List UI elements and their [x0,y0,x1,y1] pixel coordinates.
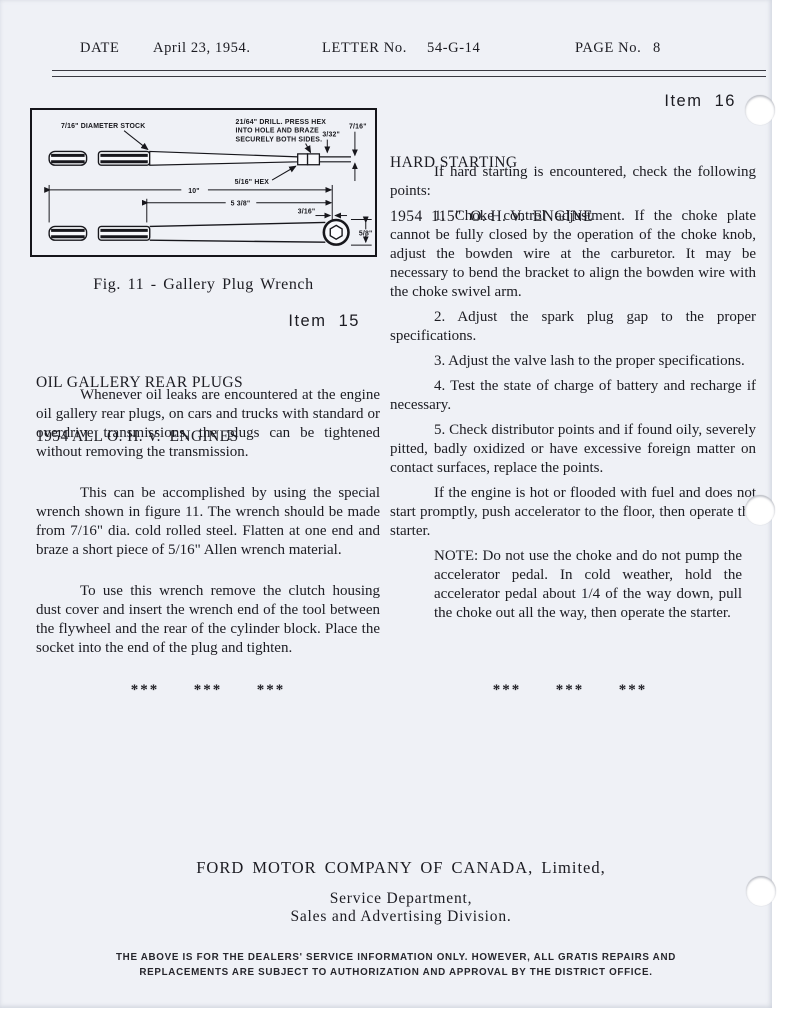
fig-label-drill-1: 21/64" DRILL. PRESS HEX [236,119,327,126]
page-number: 8 [653,40,661,57]
department-line: Service Department, [30,890,772,908]
paragraph: 4. Test the state of charge of battery a… [390,377,756,415]
fig-label-hex: 5/16" HEX [235,179,270,186]
letter-label: LETTER No. [322,40,407,57]
note-paragraph: NOTE: Do not use the choke and do not pu… [434,547,756,623]
paragraph: To use this wrench remove the clutch hou… [36,582,380,658]
fig-dim-10: 10" [188,188,200,195]
figure-gallery-plug-wrench: 7/16" DIAMETER STOCK 21/64" DRILL. PRESS… [30,108,377,257]
punch-hole [746,876,776,906]
item-15-separator: *** *** *** [36,682,380,699]
paragraph: 2. Adjust the spark plug gap to the prop… [390,308,756,346]
page-label: PAGE No. [575,40,641,57]
fig-dim-316: 3/16" [298,209,316,216]
item-16-label: Item 16 [400,92,736,111]
paragraph: Whenever oil leaks are encountered at th… [36,386,380,462]
header-rule [52,70,766,77]
item-16-separator: *** *** *** [420,682,720,699]
scanned-page: DATE April 23, 1954. LETTER No. 54-G-14 … [0,0,772,1008]
letter-value: 54-G-14 [427,40,480,57]
fig-label-drill-3: SECURELY BOTH SIDES. [236,137,323,144]
item-15-body: Whenever oil leaks are encountered at th… [36,386,380,658]
fig-dim-716: 7/16" [349,124,367,131]
date-value: April 23, 1954. [153,40,251,57]
fig-dim-58: 5/8" [359,230,373,237]
punch-hole [745,95,775,125]
paragraph: 3. Adjust the valve lash to the proper s… [390,352,756,371]
disclaimer-line2: REPLACEMENTS ARE SUBJECT TO AUTHORIZATIO… [20,967,772,978]
paragraph: 1. Choke control adjustment. If the chok… [390,207,756,302]
paragraph: If the engine is hot or flooded with fue… [390,484,756,541]
date-label: DATE [80,40,119,57]
item-15-label: Item 15 [30,312,360,331]
fig-label-stock: 7/16" DIAMETER STOCK [61,123,145,130]
figure-caption: Fig. 11 - Gallery Plug Wrench [30,276,377,294]
company-name: FORD MOTOR COMPANY OF CANADA, Limited, [30,858,772,878]
disclaimer-line1: THE ABOVE IS FOR THE DEALERS' SERVICE IN… [20,952,772,963]
wrench-drawing: 7/16" DIAMETER STOCK 21/64" DRILL. PRESS… [32,110,375,255]
paragraph: This can be accomplished by using the sp… [36,484,380,560]
fig-dim-538: 5 3/8" [231,201,251,208]
paragraph: If hard starting is encountered, check t… [390,163,756,201]
punch-hole [745,495,775,525]
fig-dim-332: 3/32" [322,132,340,139]
division-line: Sales and Advertising Division. [30,908,772,926]
paragraph: 5. Check distributor points and if found… [390,421,756,478]
fig-label-drill-2: INTO HOLE AND BRAZE [236,128,320,135]
item-16-body: If hard starting is encountered, check t… [390,163,756,623]
